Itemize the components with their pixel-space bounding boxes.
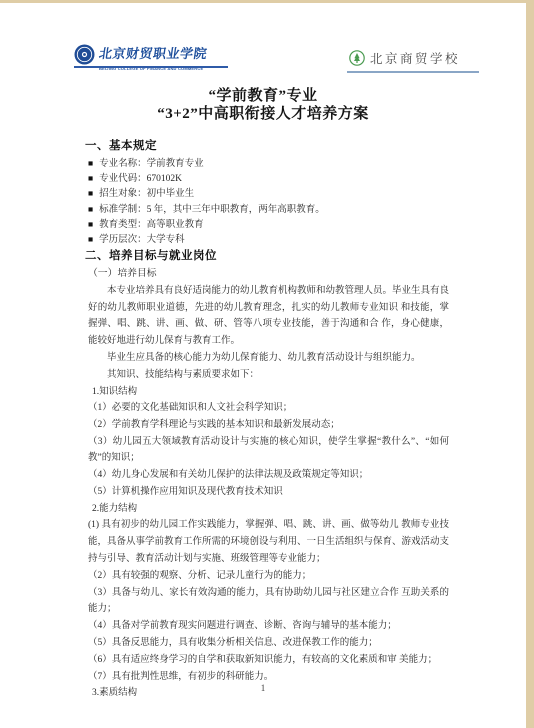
bullet-square-icon: ■ xyxy=(88,158,93,168)
doc-block-para: 本专业培养具有良好适岗能力的幼儿教育机构教师和幼教管理人员。毕业生具有良好的幼儿… xyxy=(88,283,449,350)
doc-block-bullet: ■学历层次：大学专科 xyxy=(88,232,449,247)
document-body: 一、基本规定■专业名称：学前教育专业■专业代码：670102K■招生对象：初中毕… xyxy=(88,137,449,702)
document-title-line2: “3+2”中高职衔接人才培养方案 xyxy=(0,106,526,124)
doc-block-item: （2）学前教育学科理论与实践的基本知识和最新发展动态； xyxy=(88,417,449,434)
doc-block-num: 2.能力结构 xyxy=(92,501,449,518)
bullet-text: 专业代码：670102K xyxy=(99,174,182,184)
bullet-square-icon: ■ xyxy=(88,173,93,183)
bullet-square-icon: ■ xyxy=(88,188,93,198)
doc-block-item: （4）幼儿身心发展和有关幼儿保护的法律法规及政策规定等知识； xyxy=(88,467,449,484)
document-title: “学前教育”专业 “3+2”中高职衔接人才培养方案 xyxy=(0,88,526,123)
doc-block-para: 其知识、技能结构与素质要求如下： xyxy=(88,367,449,384)
college-name: 北京财贸职业学院 xyxy=(98,48,208,61)
doc-block-bullet: ■标准学制：5 年，其中三年中职教育，两年高职教育。 xyxy=(88,202,449,217)
doc-block-h1: 二、培养目标与就业岗位 xyxy=(85,249,449,263)
doc-block-bullet: ■教育类型：高等职业教育 xyxy=(88,217,449,232)
college-logo-underline xyxy=(74,66,228,68)
bullet-square-icon: ■ xyxy=(88,219,93,229)
doc-block-bullet: ■专业代码：670102K xyxy=(88,171,449,186)
doc-block-sub: （一）培养目标 xyxy=(88,266,449,282)
doc-block-item: （5）具备反思能力，具有收集分析相关信息、改进保教工作的能力； xyxy=(88,635,449,652)
bullet-text: 招生对象：初中毕业生 xyxy=(99,189,194,199)
school-emblem-icon xyxy=(349,50,365,66)
bullet-text: 学历层次：大学专科 xyxy=(99,235,185,245)
college-seal-icon xyxy=(74,44,95,65)
school-logo: 北京商贸学校 xyxy=(349,49,479,67)
doc-block-item: （3）具备与幼儿、家长有效沟通的能力，具有协助幼儿园与社区建立合作 互助关系的能… xyxy=(88,585,449,619)
doc-block-h1: 一、基本规定 xyxy=(85,139,449,153)
doc-block-item: （4）具备对学前教育现实问题进行调查、诊断、咨询与辅导的基本能力； xyxy=(88,618,449,635)
doc-block-bullet: ■招生对象：初中毕业生 xyxy=(88,186,449,201)
doc-block-item: （6）具有适应终身学习的自学和获取新知识能力，有较高的文化素质和审 美能力； xyxy=(88,652,449,669)
school-logo-underline xyxy=(347,71,479,73)
doc-block-item: （5）计算机操作应用知识及现代教育技术知识 xyxy=(88,484,449,501)
doc-block-para: 毕业生应具备的核心能力为幼儿保育能力、幼儿教育活动设计与组织能力。 xyxy=(88,350,449,367)
bullet-square-icon: ■ xyxy=(88,234,93,244)
doc-block-num: 1.知识结构 xyxy=(92,384,449,401)
bullet-text: 教育类型：高等职业教育 xyxy=(99,220,204,230)
doc-block-item: （3）幼儿园五大领域教育活动设计与实施的核心知识，使学生掌握“教什么”、“如何教… xyxy=(88,434,449,468)
page-number: 1 xyxy=(0,683,526,693)
document-page: 北京财贸职业学院 BEIJING COLLEGE OF FINANCE AND … xyxy=(0,3,526,728)
bullet-square-icon: ■ xyxy=(88,204,93,214)
doc-block-item: (1) 具有初步的幼儿园工作实践能力，掌握弹、唱、跳、讲、画、做等幼儿 教师专业… xyxy=(88,517,449,567)
doc-block-item: （1）必要的文化基础知识和人文社会科学知识； xyxy=(88,400,449,417)
school-name: 北京商贸学校 xyxy=(370,49,460,67)
doc-block-bullet: ■专业名称：学前教育专业 xyxy=(88,156,449,171)
bullet-text: 标准学制：5 年，其中三年中职教育，两年高职教育。 xyxy=(99,205,325,215)
document-title-line1: “学前教育”专业 xyxy=(0,88,526,106)
doc-block-item: （2）具有较强的观察、分析、记录儿童行为的能力； xyxy=(88,568,449,585)
bullet-text: 专业名称：学前教育专业 xyxy=(99,159,204,169)
